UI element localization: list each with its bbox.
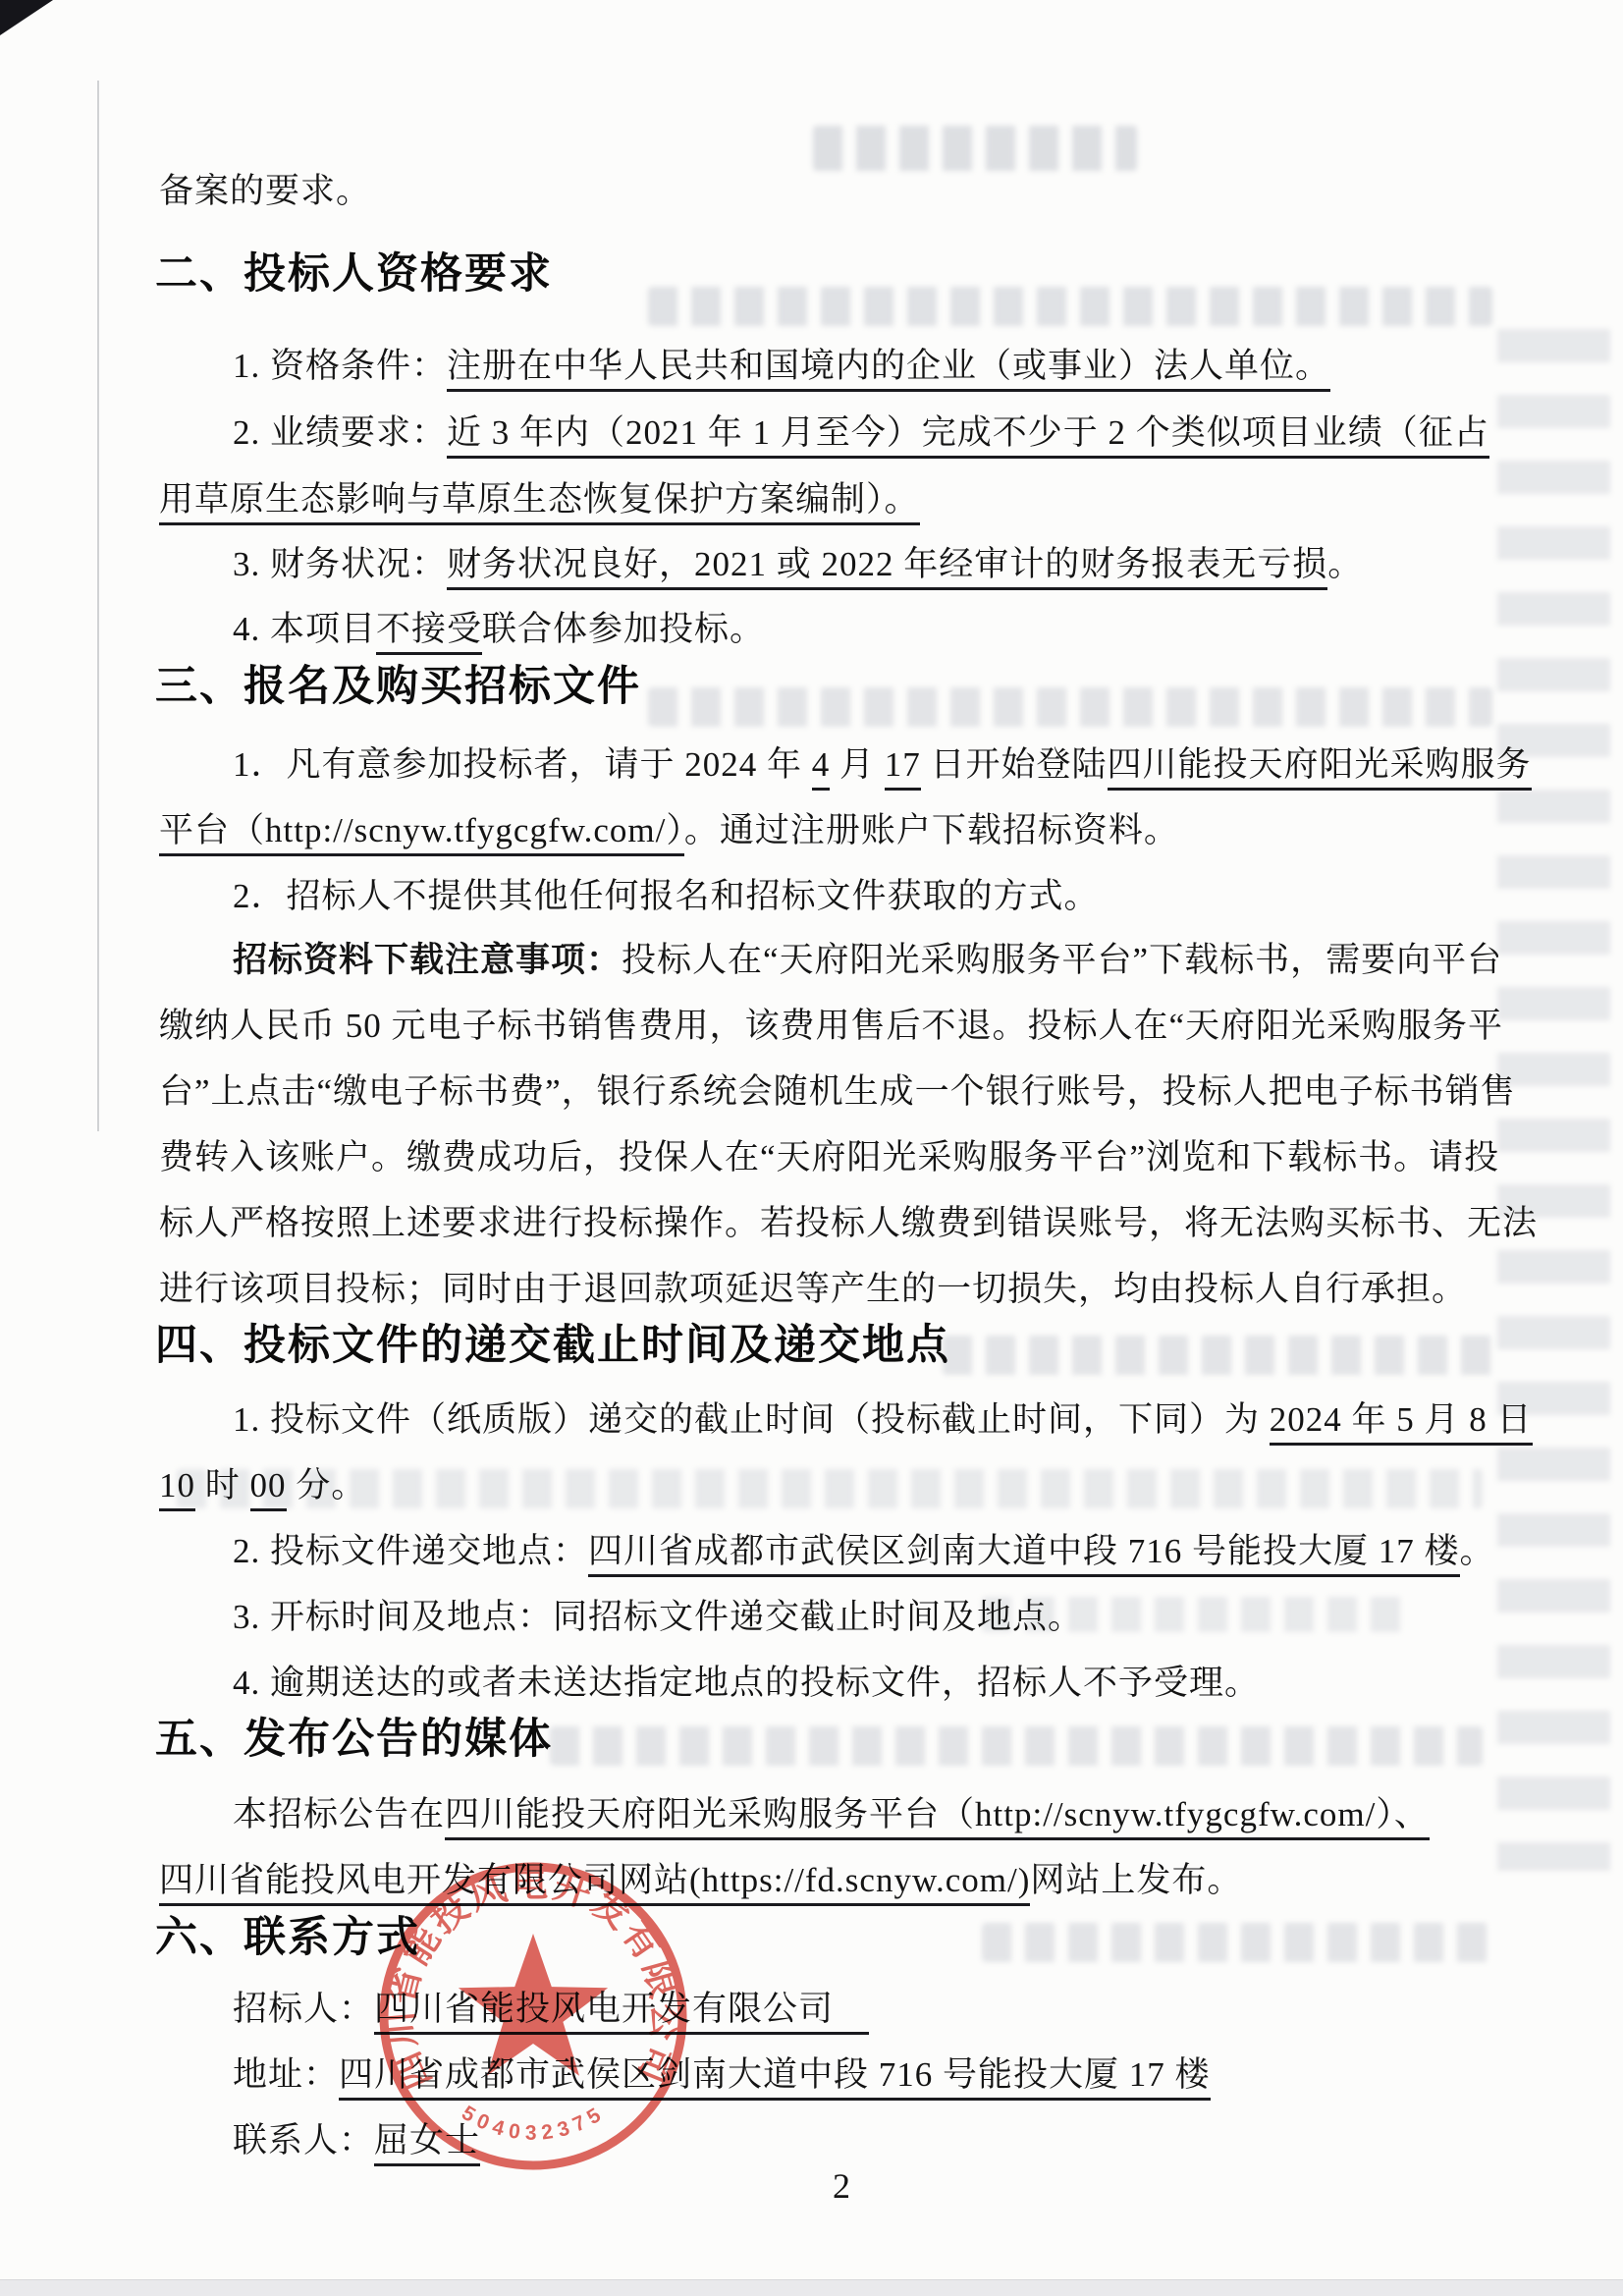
text-line: 2. 投标文件递交地点：四川省成都市武侯区剑南大道中段 716 号能投大厦 17… — [233, 1529, 1495, 1574]
text-line: 费转入该账户。缴费成功后，投保人在“天府阳光采购服务平台”浏览和下载标书。请投 — [159, 1135, 1499, 1180]
text-segment: 3. 开标时间及地点：同招标文件递交截止时间及地点。 — [233, 1598, 1083, 1636]
text-segment: 3. 财务状况： — [233, 545, 447, 583]
text-segment: 。 — [1460, 1532, 1495, 1570]
text-line: 进行该项目投标；同时由于退回款项延迟等产生的一切损失，均由投标人自行承担。 — [159, 1267, 1467, 1312]
heading-text: 五、发布公告的媒体 — [155, 1716, 553, 1763]
bleedthrough-artifact — [982, 1923, 1492, 1962]
text-segment: 招标人： — [233, 1990, 374, 2028]
text-segment: 4. 逾期送达的或者未送达指定地点的投标文件，招标人不予受理。 — [233, 1664, 1260, 1702]
text-segment: 地址： — [233, 2055, 339, 2094]
bleedthrough-artifact — [943, 1336, 1492, 1375]
text-segment: 费转入该账户。缴费成功后，投保人在“天府阳光采购服务平台”浏览和下载标书。请投 — [159, 1138, 1499, 1176]
text-line: 四川省能投风电开发有限公司网站(https://fd.scnyw.com/)网站… — [159, 1858, 1242, 1903]
text-segment: 联合体参加投标。 — [482, 610, 765, 648]
text-segment: 2．招标人不提供其他任何报名和招标文件获取的方式。 — [233, 877, 1100, 915]
scan-bottom-edge — [0, 2279, 1623, 2296]
text-line: 用草原生态影响与草原生态恢复保护方案编制）。 — [159, 477, 920, 522]
text-segment: 网站上发布。 — [1030, 1861, 1242, 1899]
text-segment: 1. 资格条件： — [233, 347, 447, 385]
text-segment: 月 — [830, 745, 885, 784]
text-line: 4. 本项目不接受联合体参加投标。 — [233, 607, 765, 652]
text-line: 本招标公告在四川能投天府阳光采购服务平台（http://scnyw.tfygcg… — [233, 1792, 1430, 1837]
text-segment: 日开始登陆 — [921, 745, 1108, 784]
text-line: 4. 逾期送达的或者未送达指定地点的投标文件，招标人不予受理。 — [233, 1661, 1260, 1706]
underlined-text: 2024 年 5 月 8 日 — [1270, 1400, 1533, 1446]
seal-star-icon — [459, 1934, 608, 2076]
text-line: 备案的要求。 — [159, 169, 371, 214]
underlined-text: 注册在中华人民共和国境内的企业（或事业）法人单位。 — [447, 347, 1330, 392]
text-segment: 备案的要求。 — [159, 172, 371, 210]
text-line: 2. 业绩要求：近 3 年内（2021 年 1 月至今）完成不少于 2 个类似项… — [233, 410, 1489, 456]
text-line: 3. 开标时间及地点：同招标文件递交截止时间及地点。 — [233, 1595, 1083, 1640]
underlined-text: 不接受 — [376, 610, 482, 655]
bleedthrough-artifact — [813, 126, 1137, 171]
underlined-text: 用草原生态影响与草原生态恢复保护方案编制）。 — [159, 480, 920, 525]
scanned-document-page: 备案的要求。 二、投标人资格要求 1. 资格条件：注册在中华人民共和国境内的企业… — [0, 0, 1623, 2296]
text-segment: 。通过注册账户下载招标资料。 — [684, 811, 1179, 849]
underlined-text: 四川省成都市武侯区剑南大道中段 716 号能投大厦 17 楼 — [588, 1532, 1460, 1577]
text-line: 平台（http://scnyw.tfygcgfw.com/）。通过注册账户下载招… — [159, 808, 1179, 853]
heading-text: 三、报名及购买招标文件 — [155, 663, 641, 710]
text-segment: 。 — [1327, 545, 1363, 583]
text-line: 1．凡有意参加投标者，请于 2024 年 4 月 17 日开始登陆四川能投天府阳… — [233, 742, 1532, 788]
bleedthrough-artifact — [550, 1726, 1483, 1766]
underlined-text: 4 — [812, 745, 831, 791]
heading-text: 二、投标人资格要求 — [155, 250, 553, 298]
underlined-text: 近 3 年内（2021 年 1 月至今）完成不少于 2 个类似项目业绩（征占 — [447, 413, 1489, 459]
section-heading-5: 五、发布公告的媒体 — [155, 1717, 553, 1762]
text-segment: 标人严格按照上述要求进行投标操作。若投标人缴费到错误账号，将无法购买标书、无法 — [159, 1204, 1538, 1242]
bleedthrough-artifact — [648, 687, 1492, 727]
text-segment: 联系人： — [233, 2121, 374, 2159]
text-line: 10 时 00 分。 — [159, 1463, 366, 1508]
text-segment: 本招标公告在 — [233, 1795, 445, 1833]
text-segment: 缴纳人民币 50 元电子标书销售费用，该费用售后不退。投标人在“天府阳光采购服务… — [159, 1007, 1503, 1045]
underlined-url: 四川能投天府阳光采购服务平台（http://scnyw.tfygcgfw.com… — [445, 1795, 1430, 1840]
section-heading-2: 二、投标人资格要求 — [155, 251, 553, 297]
text-segment: 2. 业绩要求： — [233, 413, 447, 452]
text-segment: 进行该项目投标；同时由于退回款项延迟等产生的一切损失，均由投标人自行承担。 — [159, 1270, 1467, 1308]
heading-text: 四、投标文件的递交截止时间及递交地点 — [155, 1322, 950, 1369]
text-segment: 分。 — [287, 1466, 367, 1504]
text-line: 1. 投标文件（纸质版）递交的截止时间（投标截止时间，下同）为 2024 年 5… — [233, 1397, 1533, 1443]
text-segment: 4. 本项目 — [233, 610, 376, 648]
text-line: 标人严格按照上述要求进行投标操作。若投标人缴费到错误账号，将无法购买标书、无法 — [159, 1201, 1538, 1246]
underlined-text: 10 — [159, 1466, 195, 1511]
bleedthrough-artifact — [648, 287, 1492, 326]
bleedthrough-artifact — [177, 1469, 1483, 1508]
text-segment: 1．凡有意参加投标者，请于 2024 年 — [233, 745, 812, 784]
underlined-text: 00 — [250, 1466, 287, 1511]
section-heading-4: 四、投标文件的递交截止时间及递交地点 — [155, 1323, 950, 1368]
scan-corner-artifact — [0, 0, 53, 35]
text-segment: 1. 投标文件（纸质版）递交的截止时间（投标截止时间，下同）为 — [233, 1400, 1270, 1439]
text-line: 台”上点击“缴电子标书费”，银行系统会随机生成一个银行账号，投标人把电子标书销售 — [159, 1069, 1516, 1115]
company-seal: 四川省能投风电开发有限公司 5040323750 — [366, 1857, 700, 2187]
underlined-text: 财务状况良好，2021 或 2022 年经审计的财务报表无亏损 — [447, 545, 1327, 590]
text-segment: 投标人在“天府阳光采购服务平台”下载标书，需要向平台 — [622, 941, 1502, 979]
section-heading-3: 三、报名及购买招标文件 — [155, 664, 641, 709]
text-segment: 时 — [195, 1466, 250, 1504]
underlined-text: 17 — [885, 745, 921, 791]
text-line: 缴纳人民币 50 元电子标书销售费用，该费用售后不退。投标人在“天府阳光采购服务… — [159, 1004, 1503, 1049]
text-line: 招标资料下载注意事项：投标人在“天府阳光采购服务平台”下载标书，需要向平台 — [233, 938, 1502, 983]
underlined-text: 四川能投天府阳光采购服务 — [1108, 745, 1532, 791]
page-number: 2 — [833, 2165, 850, 2207]
scan-vertical-line-artifact — [97, 81, 99, 1131]
text-line: 3. 财务状况：财务状况良好，2021 或 2022 年经审计的财务报表无亏损。 — [233, 542, 1363, 587]
text-segment: 2. 投标文件递交地点： — [233, 1532, 588, 1570]
text-line: 1. 资格条件：注册在中华人民共和国境内的企业（或事业）法人单位。 — [233, 344, 1330, 389]
text-line: 2．招标人不提供其他任何报名和招标文件获取的方式。 — [233, 874, 1100, 919]
underlined-url: 平台（http://scnyw.tfygcgfw.com/） — [159, 811, 684, 856]
bold-lead-in: 招标资料下载注意事项： — [233, 941, 622, 979]
text-segment: 台”上点击“缴电子标书费”，银行系统会随机生成一个银行账号，投标人把电子标书销售 — [159, 1072, 1516, 1111]
